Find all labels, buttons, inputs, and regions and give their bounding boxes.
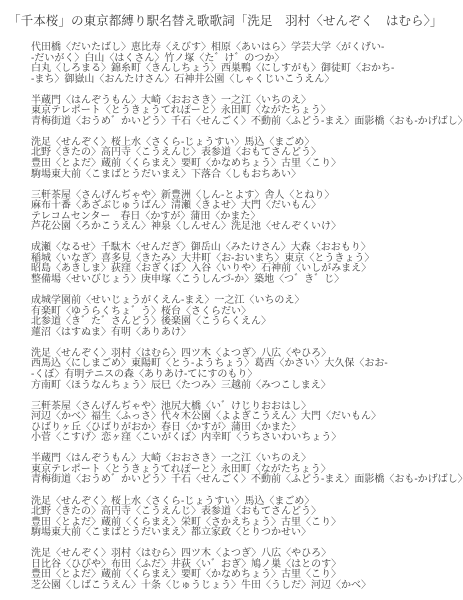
stanza: 半蔵門〈はんぞうもん〉大崎〈おおさき〉一之江〈いちのえ〉東京テレポート〈とうきょ… — [31, 96, 463, 128]
stanza: 半蔵門〈はんぞうもん〉大崎〈おおさき〉一之江〈いちのえ〉東京テレポート〈とうきょ… — [31, 454, 463, 486]
stanza: 洗足〈せんぞく〉桜上水〈さくら-じょうすい〉馬込〈まごめ〉北野〈きたの〉高円寺〈… — [31, 138, 463, 180]
text-line: 整備場〈せいびじょう〉庚申塚〈こうしんづ-か〉築地〈つ゛き゛じ〉 — [31, 275, 463, 286]
text-line: 駒場東大前〈こまばとうだいまえ〉下落合〈しもおちあい〉 — [31, 170, 463, 181]
document-page: 「千本桜」の東京都縛り駅名替え歌歌詞「洗足 羽村〈せんぞく はむら〉」 代田橋〈… — [0, 0, 463, 600]
stanza: 洗足〈せんぞく〉羽村〈はむら〉四ツ木〈よつぎ〉八広〈やひろ〉西馬込〈にしまごめ〉… — [31, 349, 463, 391]
text-line: -くぼ〉有明テニスの森〈ありあけ-てにすのもり〉 — [31, 370, 463, 381]
text-line: 駒場東大前〈こまばとうだいまえ〉都立家政〈とりつかせい〉 — [31, 528, 463, 539]
stanza: 洗足〈せんぞく〉羽村〈はむら〉四ツ木〈よつぎ〉八広〈やひろ〉日比谷〈ひびや〉布田… — [31, 549, 463, 591]
stanza: 代田橋〈だいたばし〉恵比寿〈えびす〉相原〈あいはら〉学芸大学〈がくげい--だいが… — [31, 43, 463, 85]
stanza: 三軒茶屋〈さんげんぢゃや〉新豊洲〈しん-とよす〉舎人〈とねり〉麻布十番〈あざぶじ… — [31, 191, 463, 233]
text-line: 青梅街道〈おうめ゛かいどう〉千石〈せんごく〉不動前〈ふどう-まえ〉面影橋〈おも-… — [31, 117, 463, 128]
text-line: 方南町〈ほうなんちょう〉辰巳〈たつみ〉三越前〈みつこしまえ〉 — [31, 381, 463, 392]
text-line: 青梅街道〈おうめ゛かいどう〉千石〈せんごく〉不動前〈ふどう-まえ〉面影橋〈おも-… — [31, 475, 463, 486]
lyrics-text-block: 代田橋〈だいたばし〉恵比寿〈えびす〉相原〈あいはら〉学芸大学〈がくげい--だいが… — [31, 43, 463, 600]
text-line: 芝公園〈しばこうえん〉十条〈じゅうじょう〉牛田〈うしだ〉河辺〈かべ〉 — [31, 581, 463, 592]
text-line: 代田橋〈だいたばし〉恵比寿〈えびす〉相原〈あいはら〉学芸大学〈がくげい- — [31, 43, 463, 54]
text-line: 小菅〈こすげ〉恋ヶ窪〈こいがくぼ〉内幸町〈うちさいわいちょう〉 — [31, 433, 463, 444]
stanza: 成瀬〈なるせ〉千駄木〈せんだぎ〉御岳山〈みたけさん〉大森〈おおもり〉稲城〈いなぎ… — [31, 243, 463, 285]
text-line: -まち〉御嶽山〈おんたけさん〉石神井公園〈しゃくじいこうえん〉 — [31, 75, 463, 86]
stanza: 三軒茶屋〈さんげんぢゃや〉池尻大橋〈い゛けじりおおはし〉河辺〈かべ〉福生〈ふっさ… — [31, 402, 463, 444]
text-line: 蓮沼〈はすぬま〉有明〈ありあけ〉 — [31, 328, 463, 339]
text-line: 豊田〈とよだ〉蔵前〈くらまえ〉要町〈かなめちょう〉古里〈こり〉 — [31, 159, 463, 170]
stanza: 成城学園前〈せいじょうがくえん-まえ〉一之江〈いちのえ〉有楽町〈ゆうらくちょ゛う… — [31, 296, 463, 338]
stanza: 洗足〈せんぞく〉桜上水〈さくら-じょうすい〉馬込〈まごめ〉北野〈きたの〉高円寺〈… — [31, 497, 463, 539]
page-title: 「千本桜」の東京都縛り駅名替え歌歌詞「洗足 羽村〈せんぞく はむら〉」 — [8, 13, 442, 29]
text-line: 芦花公園〈ろかこうえん〉神泉〈しんせん〉洗足池〈せんぞくいけ〉 — [31, 222, 463, 233]
